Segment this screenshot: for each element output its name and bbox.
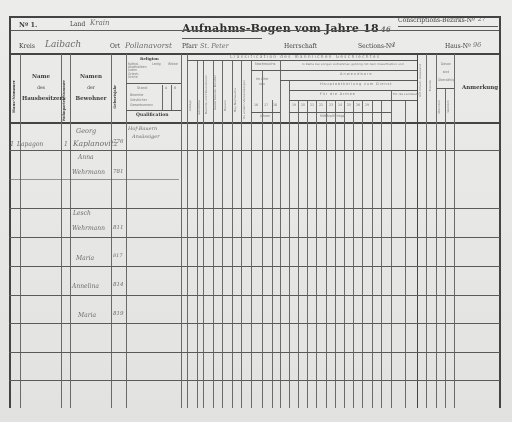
col-sep-4 — [111, 54, 112, 408]
age-18: 18 — [273, 104, 277, 107]
army-age: 23 — [329, 104, 333, 107]
army-age: 20 — [301, 104, 305, 107]
col-sep-5 — [126, 54, 127, 408]
col-sep-17 — [280, 60, 281, 408]
conscription-underline — [398, 26, 498, 27]
row1-qual-1: Hof-Bauern — [128, 127, 157, 132]
stand-sep-b — [171, 85, 172, 110]
col-sep-27 — [372, 100, 373, 408]
stand-sep-a — [162, 85, 163, 110]
row1-haus: 1 — [10, 141, 14, 148]
religion-rows: Kathol. Akatholiken Juden Griech. Unirte — [128, 63, 147, 79]
row1-bewohner-last: Kaplanovitz — [73, 140, 118, 148]
col-sep-28 — [381, 100, 382, 408]
armee-header: Für die Armee — [320, 93, 356, 97]
hdr-line: Hausbesitzers — [22, 97, 60, 103]
nachwuchs-line — [251, 70, 417, 71]
row4-jahr: 811 — [113, 226, 124, 232]
stand-rows: Beamter Geistlicher Gewerbsmann — [130, 93, 153, 108]
religion-header: Religion — [140, 57, 159, 61]
col-name-hausbesitzer: Name des Hausbesitzers — [22, 75, 60, 103]
header-rule-1 — [9, 30, 500, 31]
row6-jahr: 814 — [113, 283, 124, 289]
militaer-line — [289, 112, 391, 113]
militaer-label: Militärpflichtige — [320, 115, 345, 118]
anwendbare-line — [280, 80, 417, 81]
row1-besitzer: Lapagon — [17, 142, 43, 148]
census-sheet: Nº 1. Land Krain Aufnahms-Bogen vom Jahr… — [0, 0, 512, 422]
haus-value: 96 — [473, 42, 481, 49]
row7-jahr: 819 — [113, 312, 124, 318]
col-sep-6 — [181, 54, 182, 408]
border-right — [499, 16, 501, 408]
row1-bewohner-first: Georg — [76, 128, 96, 135]
row-line — [9, 323, 500, 324]
religion-bottom — [126, 83, 181, 84]
kreis-value: Laibach — [45, 41, 81, 50]
row2-bewohner-first: Anna — [78, 155, 94, 161]
bemerk-line — [436, 88, 454, 89]
pfarr-label: Pfarr — [182, 44, 198, 50]
col-hausnummer: Haus-Nummer — [12, 80, 16, 113]
stand-row: Gewerbsmann — [130, 103, 153, 108]
form-number: Nº 1. — [19, 22, 37, 29]
section-value: 1 — [392, 42, 396, 49]
col-sep-30 — [405, 100, 406, 408]
row-line — [9, 380, 500, 381]
col-sep-10 — [213, 60, 214, 408]
col-sep-15 — [262, 70, 263, 408]
nachwuchs-header: Nachwuchs — [255, 63, 276, 67]
army-age: 29 — [365, 104, 369, 107]
col-sep-25 — [353, 100, 354, 408]
qualification-header: Qualification — [136, 114, 169, 119]
col-sep-22 — [326, 100, 327, 408]
bemerk-header: Davon sind Überzählig — [438, 60, 454, 84]
row1-qual-2: Ansässiger — [132, 135, 160, 140]
vhead: Zu andern Verwendungen — [243, 80, 246, 119]
im-alter-von: von — [259, 83, 265, 86]
col-name-bewohner: Namen der Bewohner — [71, 75, 111, 103]
bemerk-line-text: Davon — [438, 60, 454, 68]
conscription-label: Conscriptions-Bezirks-Nº — [398, 18, 475, 24]
col-sep-23 — [335, 100, 336, 408]
vhead: Bauern — [224, 100, 227, 111]
jahren-label: Jahren — [260, 115, 270, 118]
hauptabth-line — [289, 90, 417, 91]
army-age: 26 — [356, 104, 360, 107]
col-sep-21 — [316, 100, 317, 408]
religion-row: Unirte — [128, 76, 147, 79]
col-sep-26 — [362, 100, 363, 408]
haus-label: Haus-Nº — [445, 44, 471, 50]
form-title: Aufnahms-Bogen vom Jahre 1846 — [182, 23, 391, 34]
hdr-line: der — [71, 87, 111, 92]
vhead: Adelige — [189, 100, 192, 111]
row-line — [9, 208, 500, 209]
ort-value: Pollanavorst — [125, 42, 172, 50]
row-line — [9, 352, 500, 353]
stand-col-a: A — [165, 87, 167, 90]
row-line — [9, 295, 500, 296]
row2-jahr: 781 — [113, 170, 124, 176]
row-line — [9, 266, 500, 267]
row-line — [9, 237, 500, 238]
land-value: Krain — [90, 20, 110, 27]
stand-col-b: B — [174, 87, 176, 90]
hdr-line: Bewohner — [71, 97, 111, 103]
border-top — [9, 16, 500, 18]
hauptabth-header: Hauptabtheilung zum Dienst — [320, 83, 392, 87]
army-age: 22 — [319, 104, 323, 107]
row4-bewohner-last: Wehrmann — [72, 226, 105, 232]
conscription-value: 27 — [478, 17, 486, 23]
army-age: 24 — [338, 104, 342, 107]
im-alter-header: Im Alter — [256, 78, 269, 81]
army-age: 25 — [347, 104, 351, 107]
row-line — [9, 150, 500, 151]
armee-line — [289, 100, 417, 101]
title-underline — [182, 38, 262, 39]
age-17: 17 — [264, 104, 268, 107]
pfarr-value: St. Peter — [200, 43, 229, 50]
anmerkung-header: Anmerkung — [462, 86, 498, 92]
hdr-line: Namen — [71, 75, 111, 81]
vhead: Bey Nachwuchs — [234, 88, 237, 112]
col-sep-12 — [232, 60, 233, 408]
col-sep-34 — [445, 88, 446, 408]
col-sep-35 — [454, 54, 455, 408]
landwehr-header: Für die Landwehr — [393, 93, 419, 96]
land-label: Land — [70, 22, 85, 28]
fremde-header: Fremde — [429, 80, 432, 91]
herrschaft-label: Herrschaft — [284, 44, 317, 50]
col-sep-20 — [307, 100, 308, 408]
row2-bewohner-last: Wehrmann — [72, 170, 105, 176]
col-sep-29 — [391, 90, 392, 408]
col-sep-16 — [272, 100, 273, 408]
col-sep-11 — [222, 60, 223, 408]
bemerk-line-text: Überzählig — [438, 76, 454, 84]
classif-underline — [187, 60, 417, 61]
col-sep-31 — [417, 54, 418, 408]
col-wohnpartei: Wohnpartei-Nummer — [63, 80, 67, 121]
col-sep-19 — [298, 100, 299, 408]
row5-jahr: 817 — [113, 254, 123, 259]
hdr-line: des — [22, 87, 60, 92]
row4-bewohner-first: Lesch — [73, 211, 91, 217]
row6-bewohner: Annelina — [72, 284, 99, 290]
vhead: Geistliche — [198, 100, 201, 115]
bemerk-line-text: sind — [438, 68, 454, 76]
vhead: Beamte und Honoratioren — [205, 75, 208, 114]
col-geburtsjahr: Geburtsjahr — [114, 85, 118, 109]
weiblich-header: Weiblich — [447, 100, 450, 113]
army-age: 21 — [310, 104, 314, 107]
anwendbare-header: Anwendbare — [340, 73, 373, 77]
row5-bewohner: Maria — [76, 256, 94, 262]
col-sep-18 — [289, 80, 290, 408]
religion-col-witwe: Witwe — [168, 63, 178, 66]
border-left — [9, 16, 11, 408]
ort-label: Ort — [110, 44, 120, 50]
age-16: 16 — [254, 104, 258, 107]
form-title-text: Aufnahms-Bogen vom Jahre 18 — [182, 22, 379, 35]
row1-jahr: 776 — [113, 140, 124, 146]
in-reihe-header: In Reihe bei vorigen Aufnahmen gehörig m… — [302, 63, 404, 66]
hdr-line: Name — [22, 75, 60, 81]
stand-header: Stand — [137, 87, 147, 91]
row1-partei: 1 — [64, 142, 68, 148]
col-sep-1 — [20, 54, 21, 408]
vhead: Gewerbsleute, Künstler — [214, 75, 217, 110]
army-age: 19 — [292, 104, 296, 107]
maennlich-header: Männlich — [438, 100, 441, 113]
row7-bewohner: Maria — [78, 313, 96, 319]
section-label: Sections-Nº — [358, 44, 394, 50]
col-sep-32 — [426, 54, 427, 408]
abwesend-header: Auf Urlaub, abwesend — [419, 64, 422, 97]
col-sep-24 — [344, 100, 345, 408]
religion-col-ledig: Ledig — [152, 63, 161, 66]
col-sep-3 — [70, 54, 71, 408]
stand-bottom — [126, 110, 181, 111]
row-line-partial — [9, 179, 179, 180]
classification-header: Classification des männlichen Geschlecht… — [230, 55, 381, 59]
jahren-line — [251, 112, 280, 113]
kreis-label: Kreis — [19, 44, 35, 50]
